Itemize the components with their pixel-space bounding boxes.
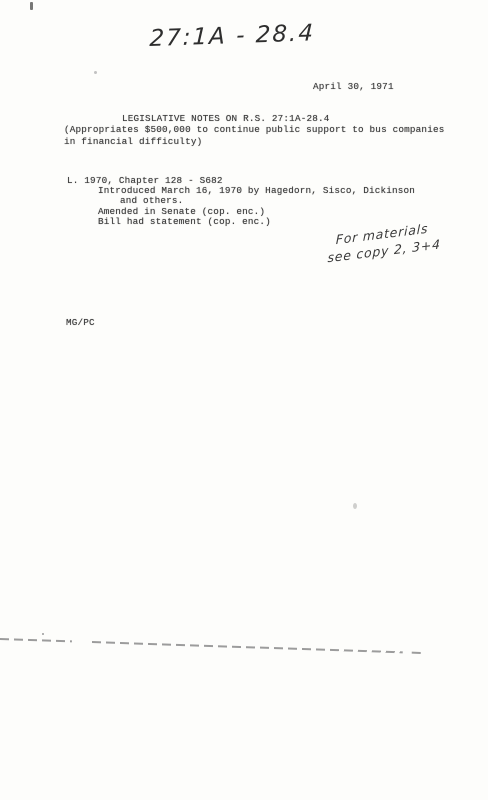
bill-history-block: L. 1970, Chapter 128 - S682 Introduced M… bbox=[67, 176, 415, 227]
scan-artifact-dot bbox=[353, 503, 357, 509]
scan-artifact-dot bbox=[94, 71, 97, 74]
scan-artifact-mark bbox=[30, 2, 33, 10]
document-date: April 30, 1971 bbox=[313, 81, 394, 92]
document-heading: LEGISLATIVE NOTES ON R.S. 27:1A-28.4 (Ap… bbox=[64, 113, 445, 147]
dash-segment bbox=[92, 641, 403, 653]
heading-subtitle-line: (Appropriates $500,000 to continue publi… bbox=[64, 124, 445, 135]
dash-segment bbox=[412, 652, 421, 654]
scan-artifact-dot bbox=[42, 633, 44, 635]
scanned-document-page: 27:1A - 28.4 April 30, 1971 LEGISLATIVE … bbox=[0, 0, 488, 800]
heading-subtitle-line: in financial difficulty) bbox=[64, 136, 445, 147]
dash-segment bbox=[0, 638, 72, 642]
heading-title: LEGISLATIVE NOTES ON R.S. 27:1A-28.4 bbox=[122, 113, 445, 124]
typist-initials: MG/PC bbox=[66, 317, 95, 328]
dashed-separator-line bbox=[0, 638, 430, 654]
handwritten-statute-number: 27:1A - 28.4 bbox=[149, 20, 315, 52]
history-line-statement: Bill had statement (cop. enc.) bbox=[98, 217, 415, 227]
